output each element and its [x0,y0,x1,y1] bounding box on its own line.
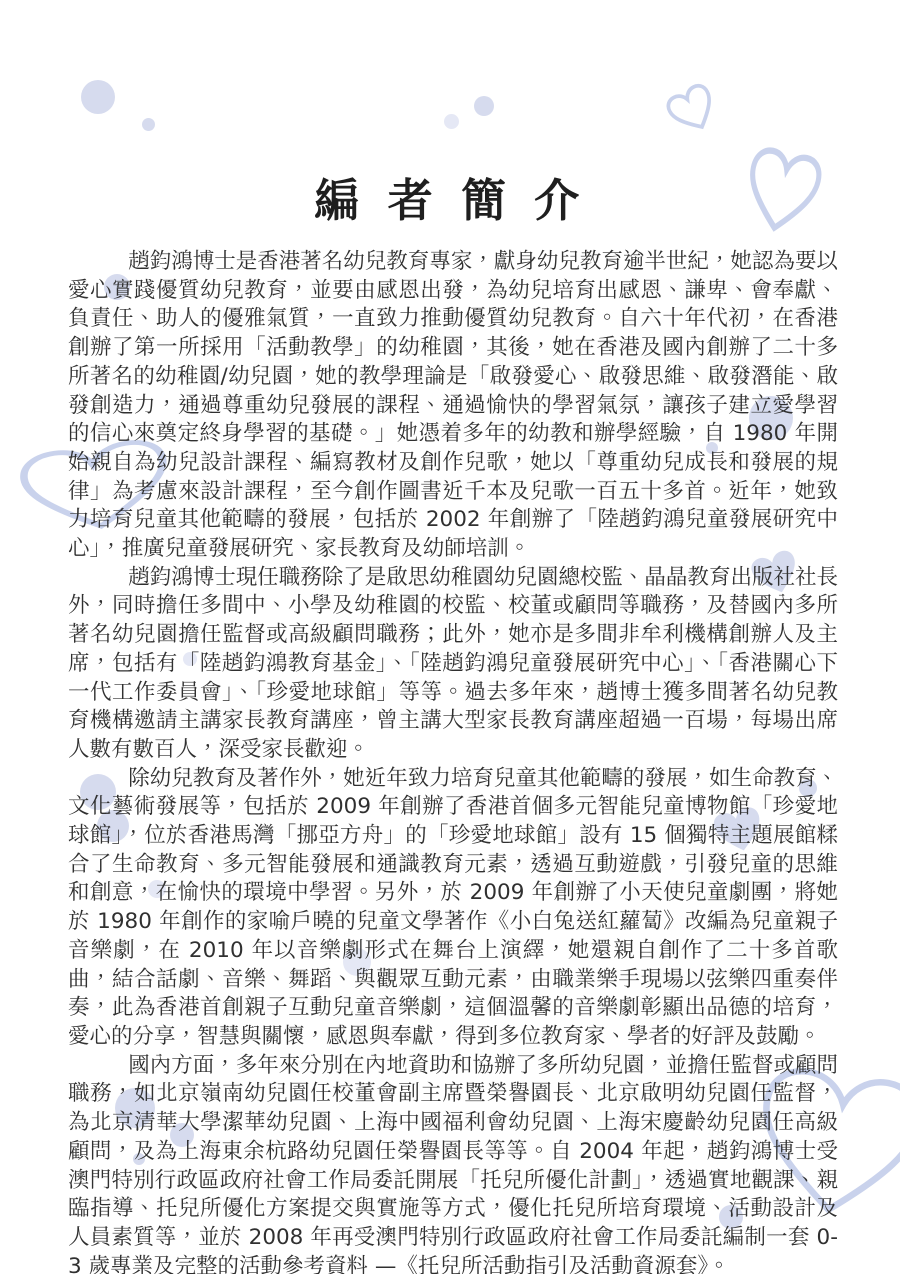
page-title: 編 者 簡 介 [0,164,900,229]
paragraph-2: 趙鈞鴻博士現任職務除了是啟思幼稚園幼兒園總校監、晶晶教育出版社社長外，同時擔任多… [68,564,838,765]
circle-decoration [81,80,115,114]
paragraph-4: 國內方面，多年來分別在內地資助和協辦了多所幼兒園，並擔任監督或顧問職務，如北京嶺… [68,1052,838,1274]
paragraph-3: 除幼兒教育及著作外，她近年致力培育兒童其他範疇的發展，如生命教育、文化藝術發展等… [68,765,838,1052]
document-page: { "page": { "title": "編 者 簡 介", "paragra… [0,0,900,1274]
heart-outline-icon [662,80,723,140]
circle-decoration [142,118,155,131]
circle-decoration [474,96,494,116]
circle-decoration [444,114,459,129]
body-text: 趙鈞鴻博士是香港著名幼兒教育專家，獻身幼兒教育逾半世紀，她認為要以愛心實踐優質幼… [68,248,838,1274]
paragraph-1: 趙鈞鴻博士是香港著名幼兒教育專家，獻身幼兒教育逾半世紀，她認為要以愛心實踐優質幼… [68,248,838,564]
